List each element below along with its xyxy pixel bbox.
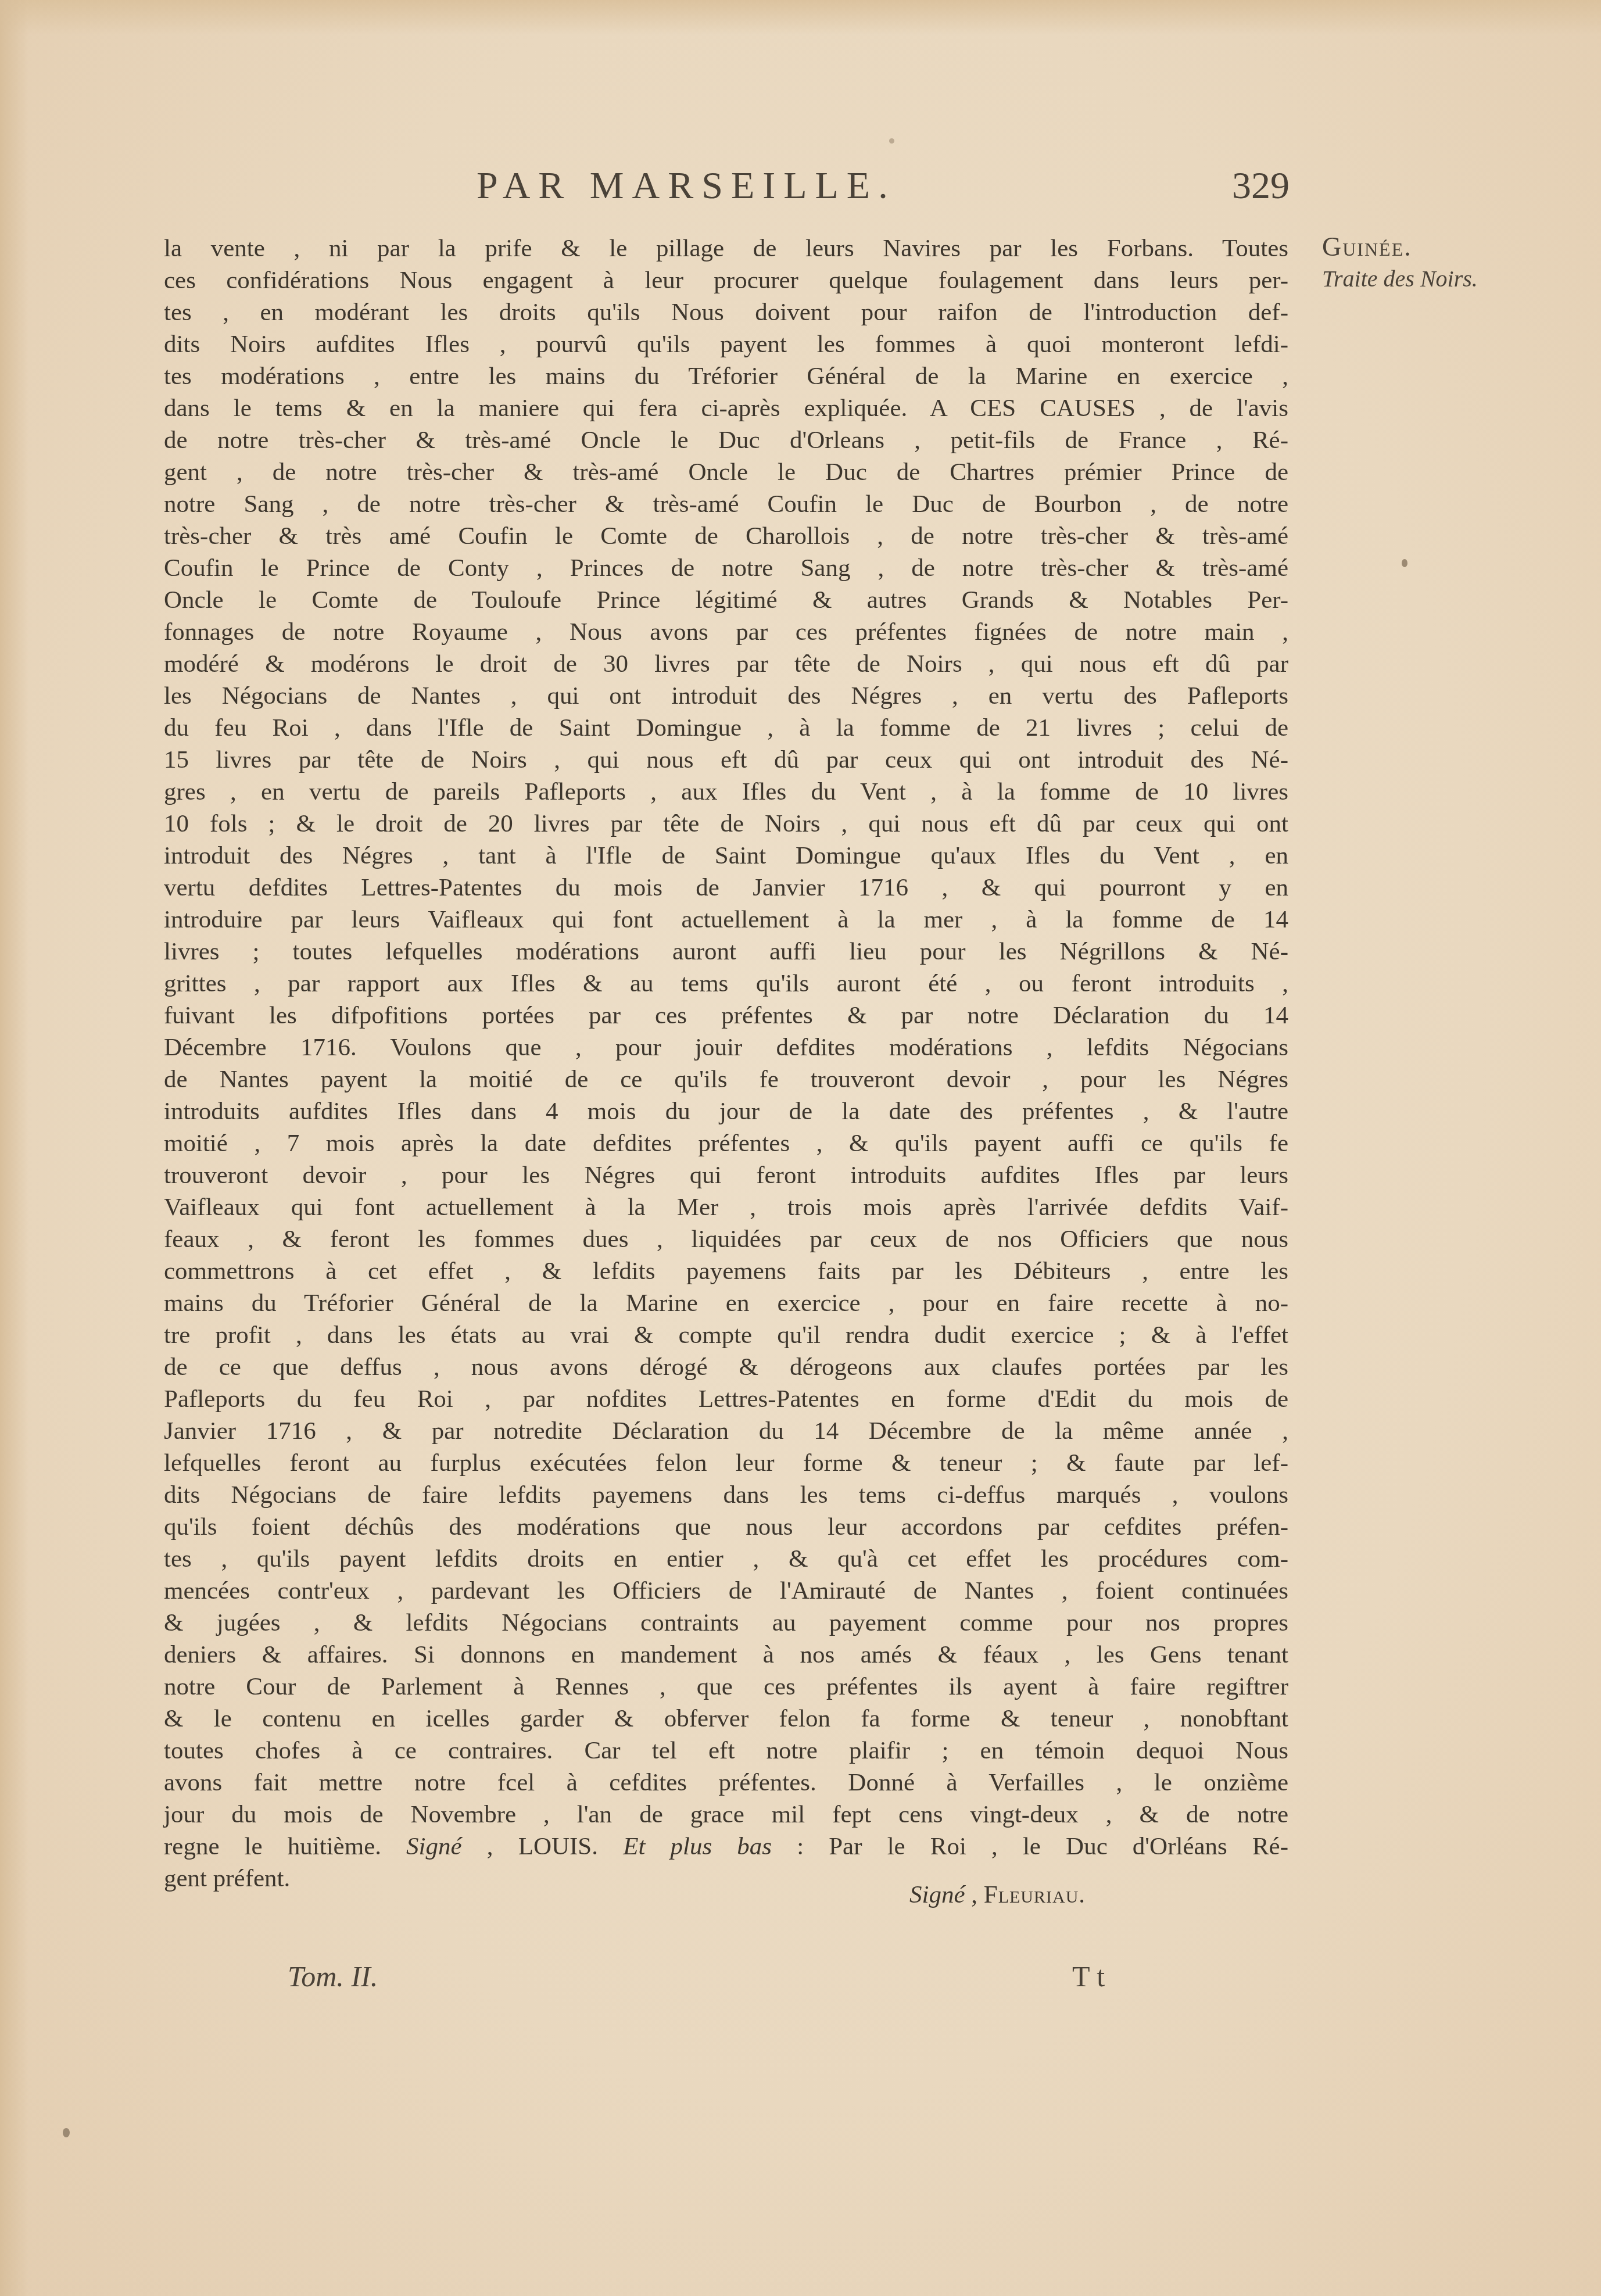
page-edge-shadow	[0, 0, 1601, 35]
text-line: de notre très-cher & très-amé Oncle le D…	[164, 424, 1288, 456]
text-line: grittes , par rapport aux Ifles & au tem…	[164, 968, 1288, 1000]
text-line: notre Sang , de notre très-cher & très-a…	[164, 488, 1288, 520]
text-line: & jugées , & lefdits Négocians contraint…	[164, 1607, 1288, 1639]
page-edge-shadow	[0, 0, 29, 2296]
text-line: dits Noirs aufdites Ifles , pourvû qu'il…	[164, 328, 1288, 360]
text-line: les Négocians de Nantes , qui ont introd…	[164, 680, 1288, 712]
text-line: Décembre 1716. Voulons que , pour jouir …	[164, 1031, 1288, 1063]
text-line: Coufin le Prince de Conty , Princes de n…	[164, 552, 1288, 584]
paper-speck	[889, 138, 894, 144]
book-page: PAR MARSEILLE. 329 Guinée. Traite des No…	[0, 0, 1601, 2296]
text-line: avons fait mettre notre fcel à cefdites …	[164, 1767, 1288, 1799]
page-number: 329	[1232, 164, 1290, 208]
text-line: fonnages de notre Royaume , Nous avons p…	[164, 616, 1288, 648]
volume-footer: Tom. II.	[288, 1960, 378, 1993]
text-line: vertu defdites Lettres-Patentes du mois …	[164, 872, 1288, 904]
text-line: jour du mois de Novembre , l'an de grace…	[164, 1799, 1288, 1831]
text-line: lefquelles feront au furplus exécutées f…	[164, 1447, 1288, 1479]
text-line: commettrons à cet effet , & lefdits paye…	[164, 1255, 1288, 1287]
text-line: gent , de notre très-cher & très-amé Onc…	[164, 456, 1288, 488]
signature-separator: ,	[965, 1881, 984, 1908]
text-line: livres ; toutes lefquelles modérations a…	[164, 936, 1288, 968]
signature-label: Signé	[909, 1881, 965, 1908]
signe-label: Signé	[406, 1833, 462, 1860]
text-line: introduire par leurs Vaifleaux qui font …	[164, 904, 1288, 936]
text-line: introduits aufdites Ifles dans 4 mois du…	[164, 1095, 1288, 1127]
text-line: tes , en modérant les droits qu'ils Nous…	[164, 296, 1288, 328]
paper-speck	[1402, 559, 1407, 567]
paper-speck	[63, 2128, 70, 2137]
text-line: de Nantes payent la moitié de ce qu'ils …	[164, 1063, 1288, 1095]
text-line: très-cher & très amé Coufin le Comte de …	[164, 520, 1288, 552]
body-text: la vente , ni par la prife & le pillage …	[164, 232, 1288, 1894]
text-line: tes , qu'ils payent lefdits droits en en…	[164, 1543, 1288, 1575]
running-head: PAR MARSEILLE.	[477, 164, 896, 208]
text-line: modéré & modérons le droit de 30 livres …	[164, 648, 1288, 680]
text-line: & le contenu en icelles garder & obferve…	[164, 1703, 1288, 1735]
text-line: introduit des Négres , tant à l'Ifle de …	[164, 840, 1288, 872]
text-line: qu'ils foient déchûs des modérations que…	[164, 1511, 1288, 1543]
text-line: tes modérations , entre les mains du Tré…	[164, 360, 1288, 392]
text-line: ces confidérations Nous engagent à leur …	[164, 264, 1288, 296]
text-line: gres , en vertu de pareils Pafleports , …	[164, 776, 1288, 808]
text-line: moitié , 7 mois après la date defdites p…	[164, 1127, 1288, 1159]
text-line: du feu Roi , dans l'Ifle de Saint Doming…	[164, 712, 1288, 744]
signer-name: , LOUIS.	[462, 1833, 623, 1860]
text-line: dits Négocians de faire lefdits payemens…	[164, 1479, 1288, 1511]
closing-text: regne le huitième.	[164, 1833, 406, 1860]
margin-note-subtitle: Traite des Noirs.	[1322, 265, 1478, 292]
text-line: la vente , ni par la prife & le pillage …	[164, 232, 1288, 264]
margin-note-title: Guinée.	[1322, 231, 1412, 262]
closing-line: regne le huitième. Signé , LOUIS. Et plu…	[164, 1831, 1288, 1862]
final-line: gent préfent.	[164, 1862, 1288, 1894]
text-line: 15 livres par tête de Noirs , qui nous e…	[164, 744, 1288, 776]
text-line: mains du Tréforier Général de la Marine …	[164, 1287, 1288, 1319]
text-line: fuivant les difpofitions portées par ces…	[164, 1000, 1288, 1031]
signature-mark: T t	[1072, 1960, 1105, 1993]
closing-text: : Par le Roi , le Duc d'Orléans Ré-	[772, 1833, 1288, 1860]
plus-bas-label: Et plus bas	[623, 1833, 772, 1860]
text-line: tre profit , dans les états au vrai & co…	[164, 1319, 1288, 1351]
signature-name: Fleuriau.	[984, 1881, 1086, 1908]
text-line: notre Cour de Parlement à Rennes , que c…	[164, 1671, 1288, 1703]
text-line: mencées contr'eux , pardevant les Offici…	[164, 1575, 1288, 1607]
text-line: Oncle le Comte de Touloufe Prince légiti…	[164, 584, 1288, 616]
text-line: 10 fols ; & le droit de 20 livres par tê…	[164, 808, 1288, 840]
countersignature: Signé , Fleuriau.	[909, 1881, 1086, 1909]
text-line: Janvier 1716 , & par notredite Déclarati…	[164, 1415, 1288, 1447]
text-line: feaux , & feront les fommes dues , liqui…	[164, 1223, 1288, 1255]
text-line: de ce que deffus , nous avons dérogé & d…	[164, 1351, 1288, 1383]
text-line: toutes chofes à ce contraires. Car tel e…	[164, 1735, 1288, 1767]
text-line: deniers & affaires. Si donnons en mandem…	[164, 1639, 1288, 1671]
text-line: Vaifleaux qui font actuellement à la Mer…	[164, 1191, 1288, 1223]
text-line: Pafleports du feu Roi , par nofdites Let…	[164, 1383, 1288, 1415]
text-line: dans le tems & en la maniere qui fera ci…	[164, 392, 1288, 424]
text-line: trouveront devoir , pour les Négres qui …	[164, 1159, 1288, 1191]
